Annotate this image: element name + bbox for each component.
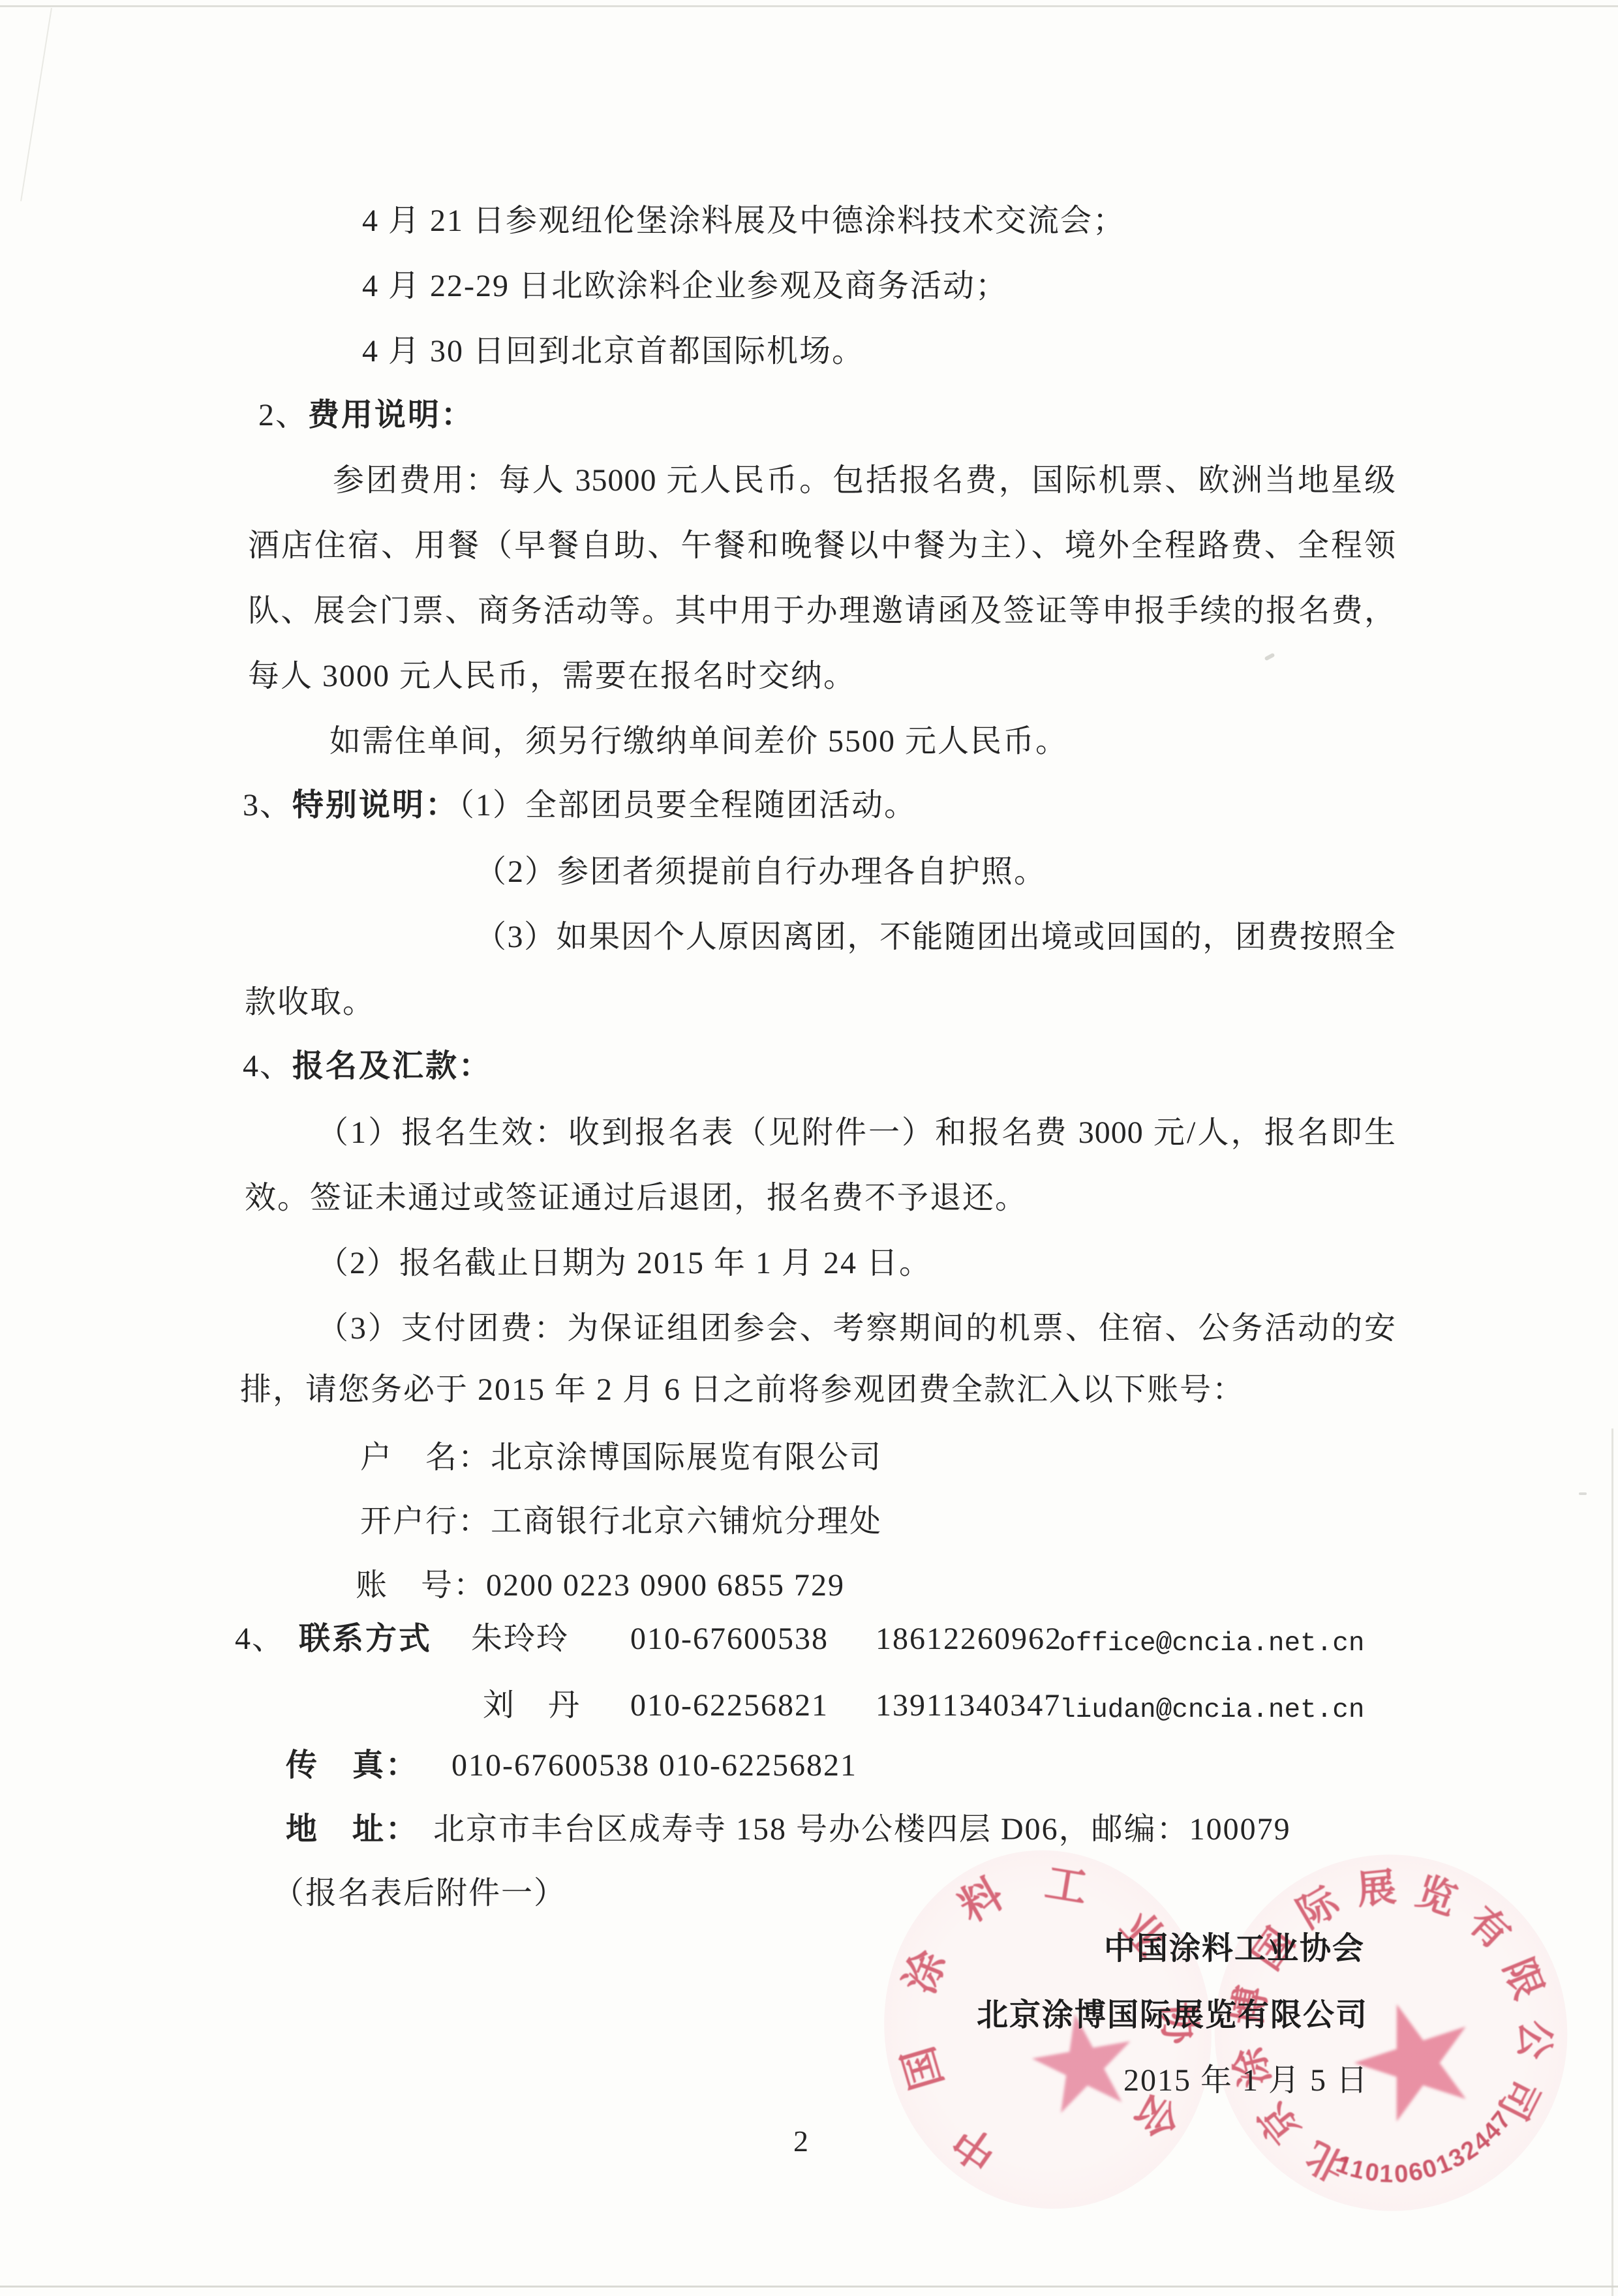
section-label: 联系方式 [299,1619,432,1659]
text-segment: 010-67600538 010-62256821 [451,1745,857,1786]
text-segment: 010-67600538 [630,1619,829,1659]
text-line: 参团费用：每人 35000 元人民币。包括报名费，国际机票、欧洲当地星级 [333,461,1396,501]
text-segment: 开户行：工商银行北京六铺炕分理处 [360,1504,882,1539]
text-line: 款收取。 [245,982,375,1023]
text-segment: （1）全部团员要全程随团活动。 [459,788,917,823]
section-label: 报名及汇款： [292,1049,492,1083]
text-line: 4 月 30 日回到北京首都国际机场。 [362,331,864,372]
text-line: （报名表后附件一） [273,1873,566,1914]
text-line: 4、报名及汇款： [243,1046,492,1087]
text-segment: （2）报名截止日期为 2015 年 1 月 24 日。 [317,1246,932,1280]
text-line: 2、费用说明： [258,395,474,436]
text-segment: 户 名：北京涂博国际展览有限公司 [360,1440,882,1475]
text-segment: 排，请您务必于 2015 年 2 月 6 日之前将参观团费全款汇入以下账号： [240,1372,1245,1407]
text-segment: 款收取。 [245,985,375,1020]
text-segment: 刘 丹 [483,1685,581,1726]
text-segment: 4、 [243,1049,292,1083]
text-segment: （3）支付团费：为保证组团参会、考察期间的机票、住宿、公务活动的安 [317,1311,1396,1346]
text-segment: 队、展会门票、商务活动等。其中用于办理邀请函及签证等申报手续的报名费， [248,594,1396,628]
email-text: office@cncia.net.cn [1060,1624,1364,1664]
text-line: 酒店住宿、用餐（早餐自助、午餐和晚餐以中餐为主）、境外全程路费、全程领 [248,526,1396,566]
text-segment: 010-62256821 [630,1685,829,1726]
text-segment: （2）参团者须提前自行办理各自护照。 [475,854,1046,889]
text-segment: 如需住单间，须另行缴纳单间差价 5500 元人民币。 [329,724,1068,759]
text-line: 4 月 21 日参观纽伦堡涂料展及中德涂料技术交流会； [362,201,1125,241]
text-segment: 18612260962 [876,1619,1062,1659]
text-line: 如需住单间，须另行缴纳单间差价 5500 元人民币。 [329,721,1068,762]
text-segment: 参团费用：每人 35000 元人民币。包括报名费，国际机票、欧洲当地星级 [333,463,1396,498]
text-segment: 3、 [243,788,292,823]
text-segment: 北京市丰台区成寿寺 158 号办公楼四层 D06，邮编：100079 [433,1809,1291,1850]
document-body: 4 月 21 日参观纽伦堡涂料展及中德涂料技术交流会；4 月 22-29 日北欧… [0,0,1618,2296]
text-line: 队、展会门票、商务活动等。其中用于办理邀请函及签证等申报手续的报名费， [248,591,1396,631]
text-segment: 4、 [235,1619,284,1659]
text-segment: 效。签证未通过或签证通过后退团，报名费不予退还。 [245,1181,1028,1215]
text-line: （3）如果因个人原因离团，不能随团出境或回国的，团费按照全 [475,917,1396,958]
section-label: 费用说明： [308,398,474,432]
scanned-document-page: 中国涂料工业协会★北京涂博国际展览有限公司1101060132447★ 4 月 … [0,0,1618,2296]
text-line: 账 号：0200 0223 0900 6855 729 [356,1565,845,1606]
page-number: 2 [793,2124,808,2158]
text-segment: （1）报名生效：收到报名表（见附件一）和报名费 3000 元/人，报名即生 [317,1115,1396,1150]
section-label: 特别说明： [292,788,459,823]
text-segment: 13911340347 [876,1685,1061,1726]
text-line: 户 名：北京涂博国际展览有限公司 [360,1438,882,1478]
signature-association-name: 中国涂料工业协会 [1104,1923,1365,1968]
text-segment: 4 月 22-29 日北欧涂料企业参观及商务活动； [362,269,1008,303]
signature-date: 2015 年 1 月 5 日 [1123,2055,1369,2100]
text-line: （2）报名截止日期为 2015 年 1 月 24 日。 [317,1243,932,1284]
text-line: （1）报名生效：收到报名表（见附件一）和报名费 3000 元/人，报名即生 [317,1113,1396,1153]
text-line: 每人 3000 元人民币，需要在报名时交纳。 [248,656,856,697]
text-segment: 每人 3000 元人民币，需要在报名时交纳。 [248,659,856,693]
signature-company-name: 北京涂博国际展览有限公司 [977,1989,1368,2034]
text-line: 排，请您务必于 2015 年 2 月 6 日之前将参观团费全款汇入以下账号： [240,1370,1245,1410]
text-segment: 4 月 21 日参观纽伦堡涂料展及中德涂料技术交流会； [362,204,1125,238]
text-line: 效。签证未通过或签证通过后退团，报名费不予退还。 [245,1178,1028,1218]
text-line: （2）参团者须提前自行办理各自护照。 [475,852,1046,892]
section-label: 传 真： [286,1745,419,1786]
text-segment: 朱玲玲 [471,1619,569,1659]
text-line: （3）支付团费：为保证组团参会、考察期间的机票、住宿、公务活动的安 [317,1308,1396,1349]
text-segment: （3）如果因个人原因离团，不能随团出境或回国的，团费按照全 [475,920,1396,954]
text-segment: 4 月 30 日回到北京首都国际机场。 [362,334,864,369]
section-label: 地 址： [286,1809,419,1850]
text-line: 4 月 22-29 日北欧涂料企业参观及商务活动； [362,266,1008,307]
text-segment: 酒店住宿、用餐（早餐自助、午餐和晚餐以中餐为主）、境外全程路费、全程领 [248,528,1396,563]
text-segment: 账 号：0200 0223 0900 6855 729 [356,1568,845,1603]
text-segment: （报名表后附件一） [273,1876,566,1911]
text-segment: 2、 [258,398,308,432]
text-line: 3、特别说明：（1）全部团员要全程随团活动。 [243,785,917,826]
text-line: 开户行：工商银行北京六铺炕分理处 [360,1502,882,1542]
email-text: liudan@cncia.net.cn [1060,1690,1364,1730]
